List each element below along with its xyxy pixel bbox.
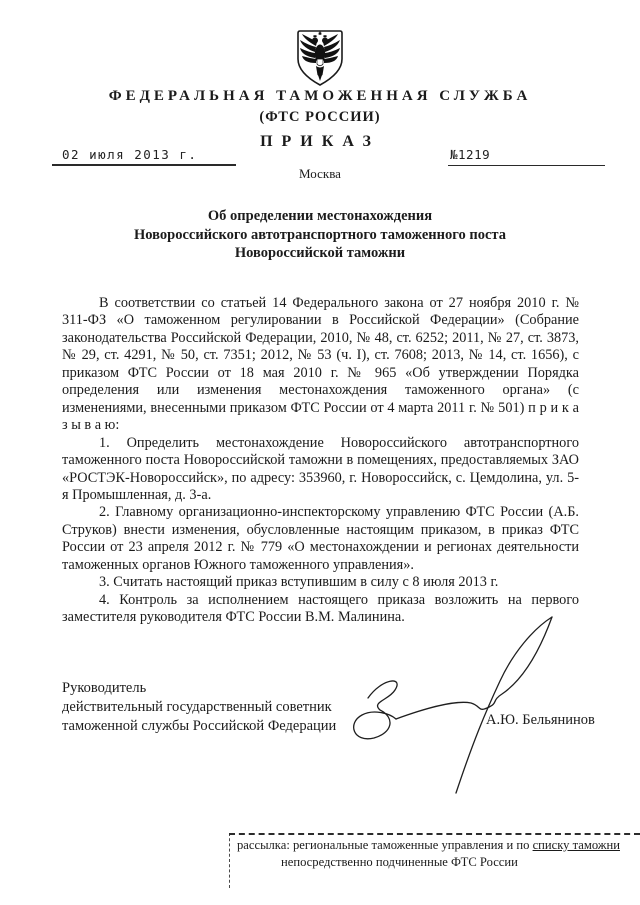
signer-position-line2: действительный государственный советник bbox=[62, 698, 336, 717]
signer-position: Руководитель действительный государствен… bbox=[62, 679, 336, 737]
coat-of-arms-icon bbox=[296, 29, 344, 92]
order-document-page: ФЕДЕРАЛЬНАЯ ТАМОЖЕННАЯ СЛУЖБА (ФТС РОССИ… bbox=[0, 0, 640, 905]
distribution-line1-underlined: списку таможни bbox=[533, 838, 620, 852]
order-item-1: 1. Определить местонахождение Новороссий… bbox=[62, 435, 579, 505]
order-title-line1: Об определении местонахождения bbox=[0, 207, 640, 226]
preamble-paragraph: В соответствии со статьей 14 Федеральног… bbox=[62, 295, 579, 435]
order-title: Об определении местонахождения Новоросси… bbox=[0, 207, 640, 263]
handwritten-signature bbox=[338, 612, 630, 802]
order-date: 02 июля 2013 г. bbox=[52, 147, 236, 166]
order-item-2: 2. Главному организационно-инспекторском… bbox=[62, 504, 579, 574]
distribution-line2: непосредственно подчиненные ФТС России bbox=[237, 854, 640, 871]
signature-stroke bbox=[456, 617, 552, 793]
order-item-4: 4. Контроль за исполнением настоящего пр… bbox=[62, 592, 579, 627]
agency-abbreviation: (ФТС РОССИИ) bbox=[0, 109, 640, 126]
signer-name: А.Ю. Бельянинов bbox=[486, 712, 595, 729]
order-number: №1219 bbox=[448, 147, 605, 166]
order-item-3: 3. Считать настоящий приказ вступившим в… bbox=[62, 574, 579, 591]
order-body: В соответствии со статьей 14 Федеральног… bbox=[62, 295, 579, 627]
agency-name: ФЕДЕРАЛЬНАЯ ТАМОЖЕННАЯ СЛУЖБА bbox=[0, 88, 640, 105]
signer-position-line3: таможенной службы Российской Федерации bbox=[62, 717, 336, 736]
signature-stroke bbox=[354, 681, 397, 739]
signer-position-line1: Руководитель bbox=[62, 679, 336, 698]
distribution-line1: рассылка: региональные таможенные управл… bbox=[237, 837, 640, 854]
signature-stroke bbox=[396, 617, 552, 719]
distribution-line1-text: рассылка: региональные таможенные управл… bbox=[237, 838, 533, 852]
order-title-line2: Новороссийского автотранспортного таможе… bbox=[0, 226, 640, 245]
order-title-line3: Новороссийской таможни bbox=[0, 244, 640, 263]
city-label: Москва bbox=[0, 166, 640, 182]
distribution-note: рассылка: региональные таможенные управл… bbox=[229, 833, 640, 870]
